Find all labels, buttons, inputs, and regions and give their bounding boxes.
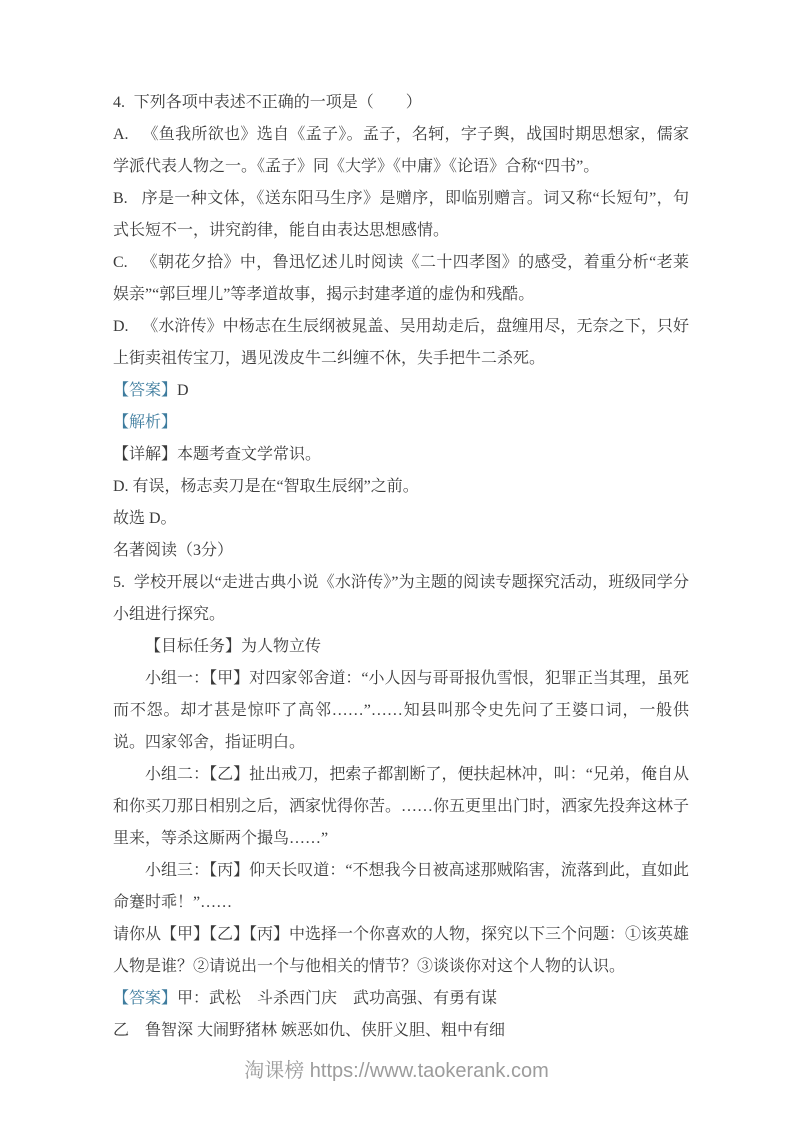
section-heading: 名著阅读（3分） bbox=[113, 535, 689, 567]
question4-option-a: A.《鱼我所欲也》选自《孟子》。孟子，名轲，字子舆，战国时期思想家，儒家学派代表… bbox=[113, 119, 689, 183]
option-a-text: 《鱼我所欲也》选自《孟子》。孟子，名轲，字子舆，战国时期思想家，儒家学派代表人物… bbox=[113, 126, 689, 175]
document-content: 4.下列各项中表述不正确的一项是（ ） A.《鱼我所欲也》选自《孟子》。孟子，名… bbox=[113, 87, 689, 1047]
question5-number: 5. bbox=[113, 574, 125, 591]
question4-stem-text: 下列各项中表述不正确的一项是（ ） bbox=[134, 94, 422, 111]
question5-answer-line2: 乙 鲁智深 大闹野猪林 嫉恶如仇、侠肝义胆、粗中有细 bbox=[113, 1015, 689, 1047]
question4-stem: 4.下列各项中表述不正确的一项是（ ） bbox=[113, 87, 689, 119]
option-b-text: 序是一种文体，《送东阳马生序》是赠序，即临别赠言。词又称“长短句”，句式长短不一… bbox=[113, 190, 689, 239]
question4-option-b: B.序是一种文体，《送东阳马生序》是赠序，即临别赠言。词又称“长短句”，句式长短… bbox=[113, 183, 689, 247]
question5-group-3: 小组三：【丙】仰天长叹道：“不想我今日被高逑那贼陷害，流落到此，直如此命蹇时乖！… bbox=[113, 855, 689, 919]
question4-detail-line2: D. 有误，杨志卖刀是在“智取生辰纲”之前。 bbox=[113, 471, 689, 503]
answer-value: D bbox=[177, 382, 189, 399]
question4-option-d: D.《水浒传》中杨志在生辰纲被晁盖、吴用劫走后，盘缠用尽，无奈之下，只好上街卖祖… bbox=[113, 311, 689, 375]
question4-analysis-line: 【解析】 bbox=[113, 407, 689, 439]
option-d-label: D. bbox=[113, 318, 129, 335]
question5-group-2: 小组二：【乙】扯出戒刀，把索子都割断了，便扶起林冲，叫：“兄弟，俺自从和你买刀那… bbox=[113, 759, 689, 855]
analysis-label: 【解析】 bbox=[113, 414, 177, 431]
answer-label: 【答案】 bbox=[113, 382, 177, 399]
question4-answer-line: 【答案】D bbox=[113, 375, 689, 407]
option-b-label: B. bbox=[113, 190, 128, 207]
question5-stem: 5.学校开展以“走进古典小说《水浒传》”为主题的阅读专题探究活动，班级同学分小组… bbox=[113, 567, 689, 631]
question5-task-heading: 【目标任务】为人物立传 bbox=[113, 631, 689, 663]
footer-watermark: 淘课榜 https://www.taokerank.com bbox=[0, 1056, 793, 1086]
question5-answer1-text: 甲：武松 斗杀西门庆 武功高强、有勇有谋 bbox=[177, 990, 497, 1007]
question5-prompt: 请你从【甲】【乙】【丙】中选择一个你喜欢的人物，探究以下三个问题：①该英雄人物是… bbox=[113, 919, 689, 983]
question5-stem-text: 学校开展以“走进古典小说《水浒传》”为主题的阅读专题探究活动，班级同学分小组进行… bbox=[113, 574, 689, 623]
answer-label: 【答案】 bbox=[113, 990, 177, 1007]
option-c-label: C. bbox=[113, 254, 128, 271]
question5-answer-line1: 【答案】甲：武松 斗杀西门庆 武功高强、有勇有谋 bbox=[113, 983, 689, 1015]
question4-detail-line: 【详解】本题考查文学常识。 bbox=[113, 439, 689, 471]
option-a-label: A. bbox=[113, 126, 129, 143]
question4-conclusion: 故选 D。 bbox=[113, 503, 689, 535]
option-d-text: 《水浒传》中杨志在生辰纲被晁盖、吴用劫走后，盘缠用尽，无奈之下，只好上街卖祖传宝… bbox=[113, 318, 689, 367]
option-c-text: 《朝花夕拾》中，鲁迅忆述儿时阅读《二十四孝图》的感受，着重分析“老莱娱亲”“郭巨… bbox=[113, 254, 689, 303]
question4-number: 4. bbox=[113, 94, 125, 111]
question4-option-c: C.《朝花夕拾》中，鲁迅忆述儿时阅读《二十四孝图》的感受，着重分析“老莱娱亲”“… bbox=[113, 247, 689, 311]
question5-group-1: 小组一：【甲】对四家邻舍道：“小人因与哥哥报仇雪恨，犯罪正当其理，虽死而不怨。却… bbox=[113, 663, 689, 759]
